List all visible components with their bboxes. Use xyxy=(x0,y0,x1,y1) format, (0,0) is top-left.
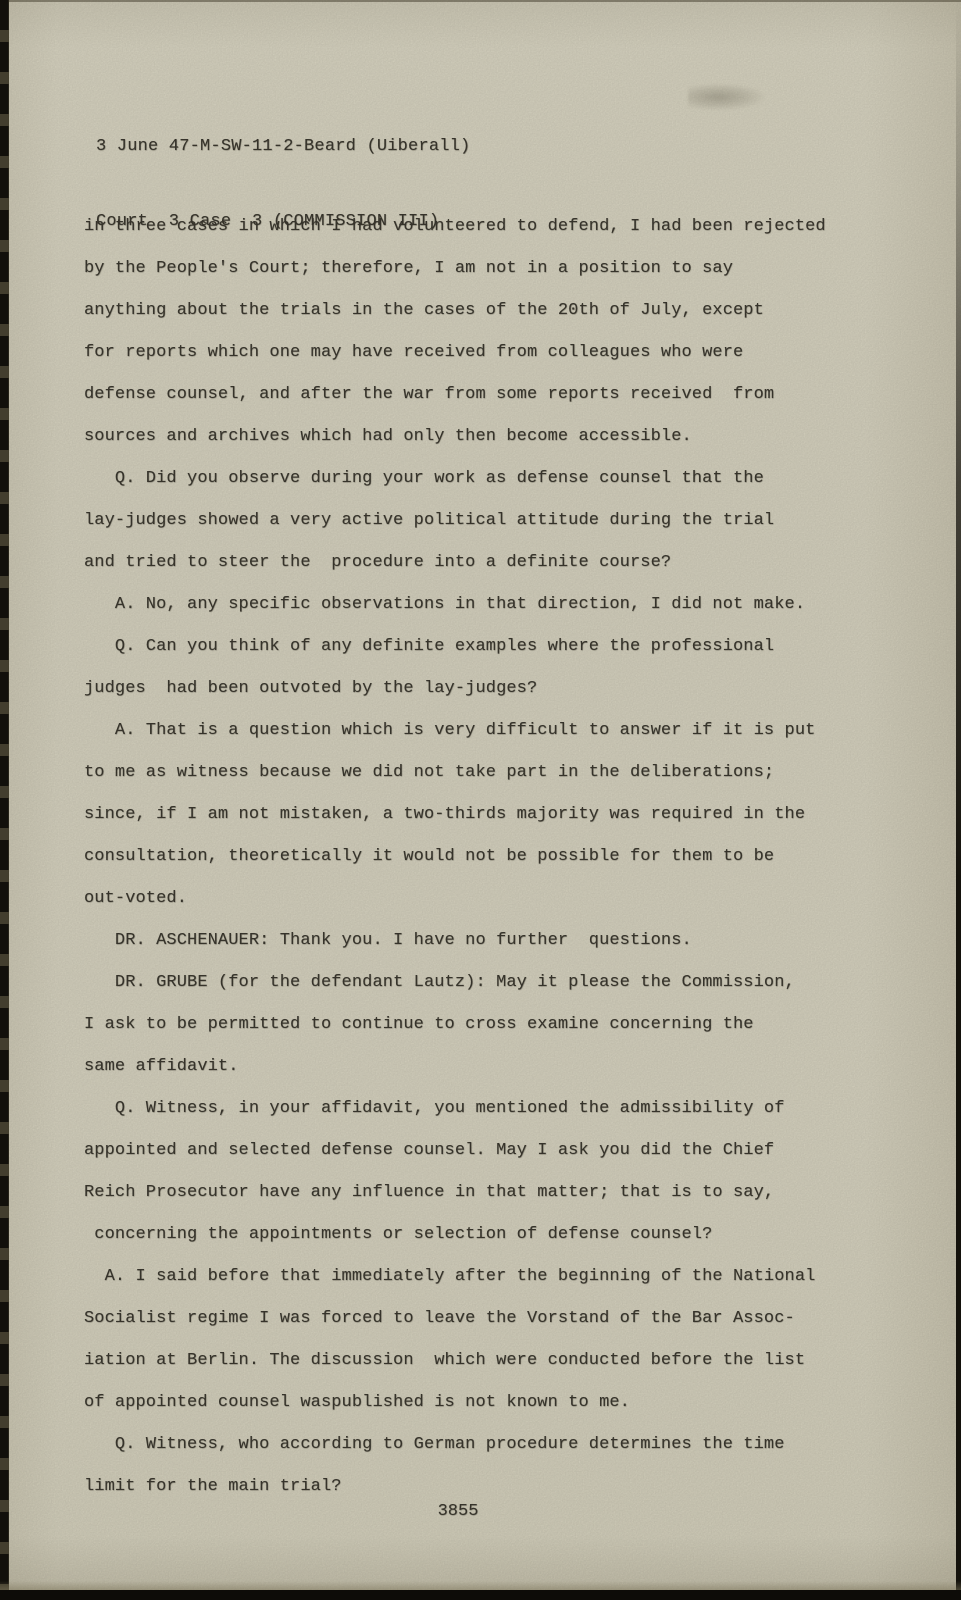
transcript-line: to me as witness because we did not take… xyxy=(84,752,921,794)
transcript-line: out-voted. xyxy=(84,878,921,920)
transcript-line: Q. Witness, in your affidavit, you menti… xyxy=(84,1088,921,1130)
transcript-line: by the People's Court; therefore, I am n… xyxy=(84,248,921,290)
transcript-line: same affidavit. xyxy=(84,1046,921,1088)
transcript-line: sources and archives which had only then… xyxy=(84,416,921,458)
transcript-line: Socialist regime I was forced to leave t… xyxy=(84,1298,921,1340)
transcript-line: DR. GRUBE (for the defendant Lautz): May… xyxy=(84,962,921,1004)
transcript-line: iation at Berlin. The discussion which w… xyxy=(84,1340,921,1382)
ink-smudge xyxy=(688,84,764,110)
header-line-1: 3 June 47-M-SW-11-2-Beard (Uiberall) xyxy=(96,134,470,159)
transcript-line: lay-judges showed a very active politica… xyxy=(84,500,921,542)
transcript-line: DR. ASCHENAUER: Thank you. I have no fur… xyxy=(84,920,921,962)
document-page: 3 June 47-M-SW-11-2-Beard (Uiberall) Cou… xyxy=(0,0,961,1600)
transcript-line: for reports which one may have received … xyxy=(84,332,921,374)
page-number: 3855 xyxy=(0,1502,916,1521)
transcript-line: and tried to steer the procedure into a … xyxy=(84,542,921,584)
scan-edge-bottom xyxy=(0,1590,961,1600)
paper-bottom-shadow xyxy=(0,1581,961,1590)
transcript-line: A. That is a question which is very diff… xyxy=(84,710,921,752)
scan-edge-top xyxy=(0,0,961,2)
transcript-line: Q. Can you think of any definite example… xyxy=(84,626,921,668)
transcript-line: defense counsel, and after the war from … xyxy=(84,374,921,416)
transcript-line: in three cases in which I had volunteere… xyxy=(84,206,921,248)
transcript-line: A. No, any specific observations in that… xyxy=(84,584,921,626)
transcript-line: anything about the trials in the cases o… xyxy=(84,290,921,332)
transcript-line: Q. Witness, who according to German proc… xyxy=(84,1424,921,1466)
transcript-line: Q. Did you observe during your work as d… xyxy=(84,458,921,500)
transcript-line: Reich Prosecutor have any influence in t… xyxy=(84,1172,921,1214)
transcript-line: since, if I am not mistaken, a two-third… xyxy=(84,794,921,836)
scan-edge-right xyxy=(956,0,961,1600)
transcript-line: I ask to be permitted to continue to cro… xyxy=(84,1004,921,1046)
transcript-line: of appointed counsel waspublished is not… xyxy=(84,1382,921,1424)
transcript-line: consultation, theoretically it would not… xyxy=(84,836,921,878)
transcript-line: judges had been outvoted by the lay-judg… xyxy=(84,668,921,710)
transcript-body: in three cases in which I had volunteere… xyxy=(84,206,921,1508)
transcript-line: concerning the appointments or selection… xyxy=(84,1214,921,1256)
binding-edge-left xyxy=(0,0,9,1600)
transcript-line: A. I said before that immediately after … xyxy=(84,1256,921,1298)
transcript-line: appointed and selected defense counsel. … xyxy=(84,1130,921,1172)
